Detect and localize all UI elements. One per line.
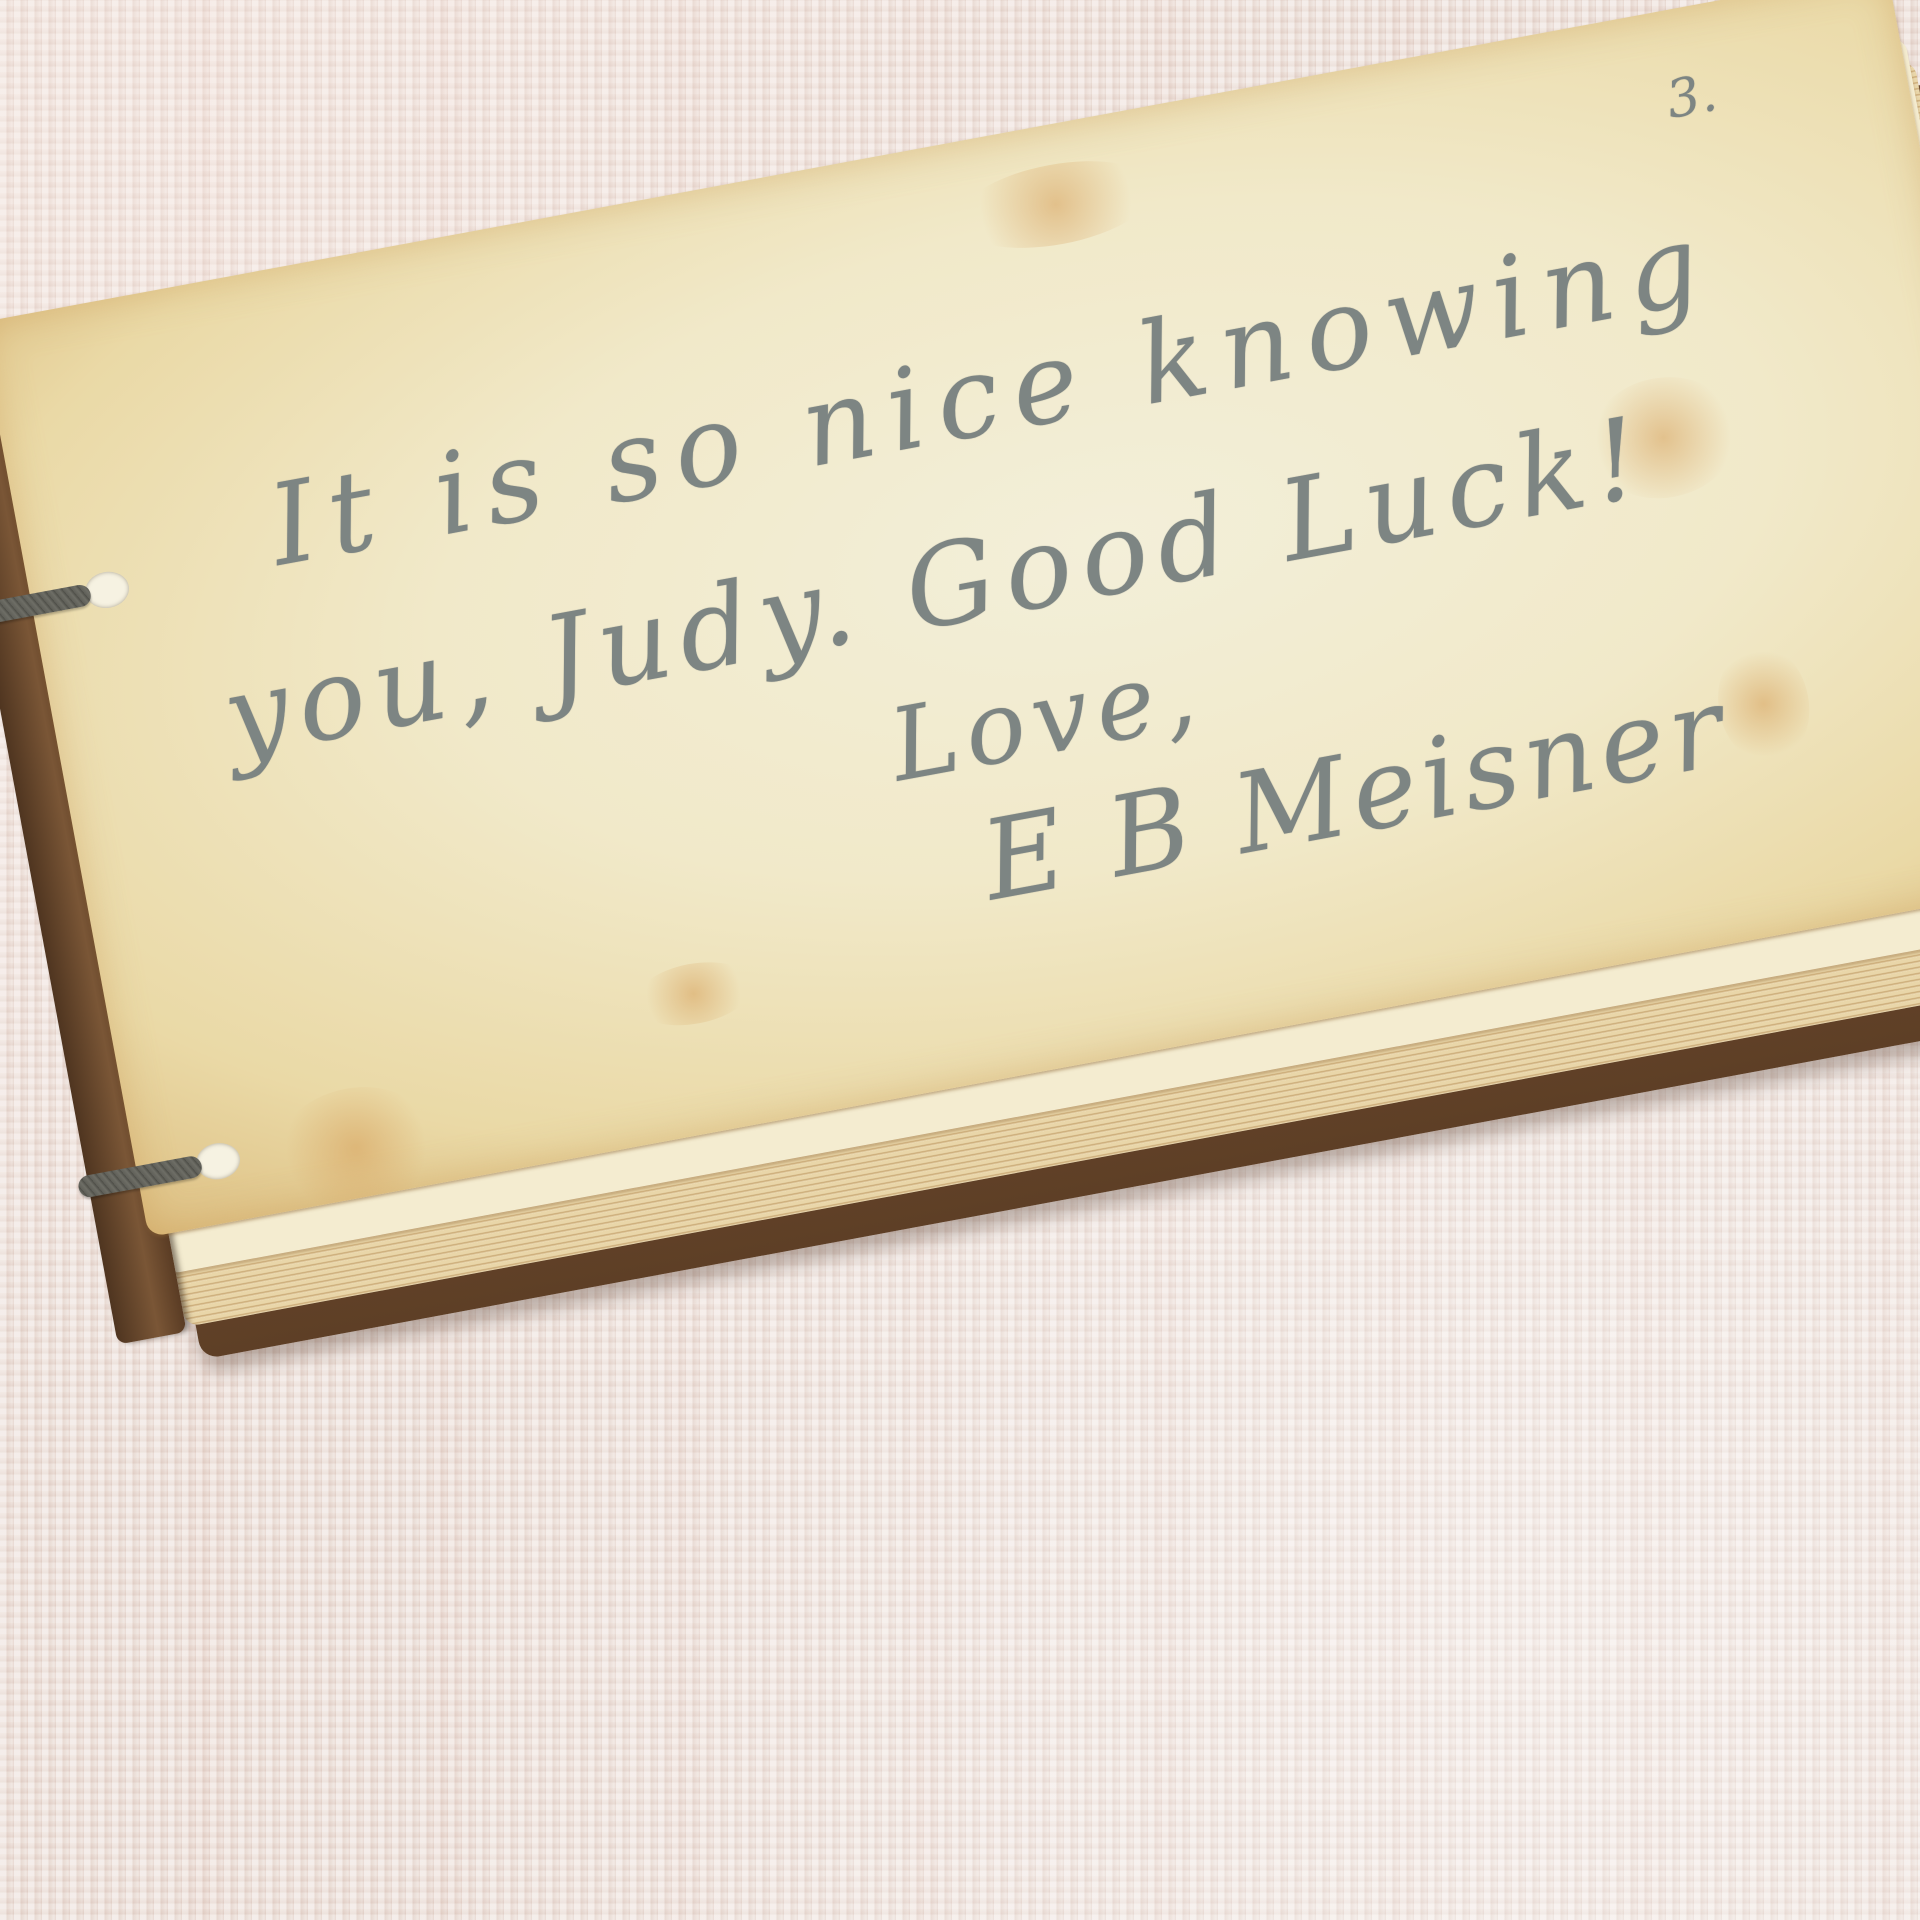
age-stain xyxy=(950,147,1161,262)
page-number: 3. xyxy=(1662,63,1722,131)
binding-hole xyxy=(193,1140,243,1183)
autograph-book: 3. It is so nice knowing you, Judy. Good… xyxy=(0,0,1920,1313)
age-stain xyxy=(629,953,758,1034)
binding-hole xyxy=(82,568,132,611)
